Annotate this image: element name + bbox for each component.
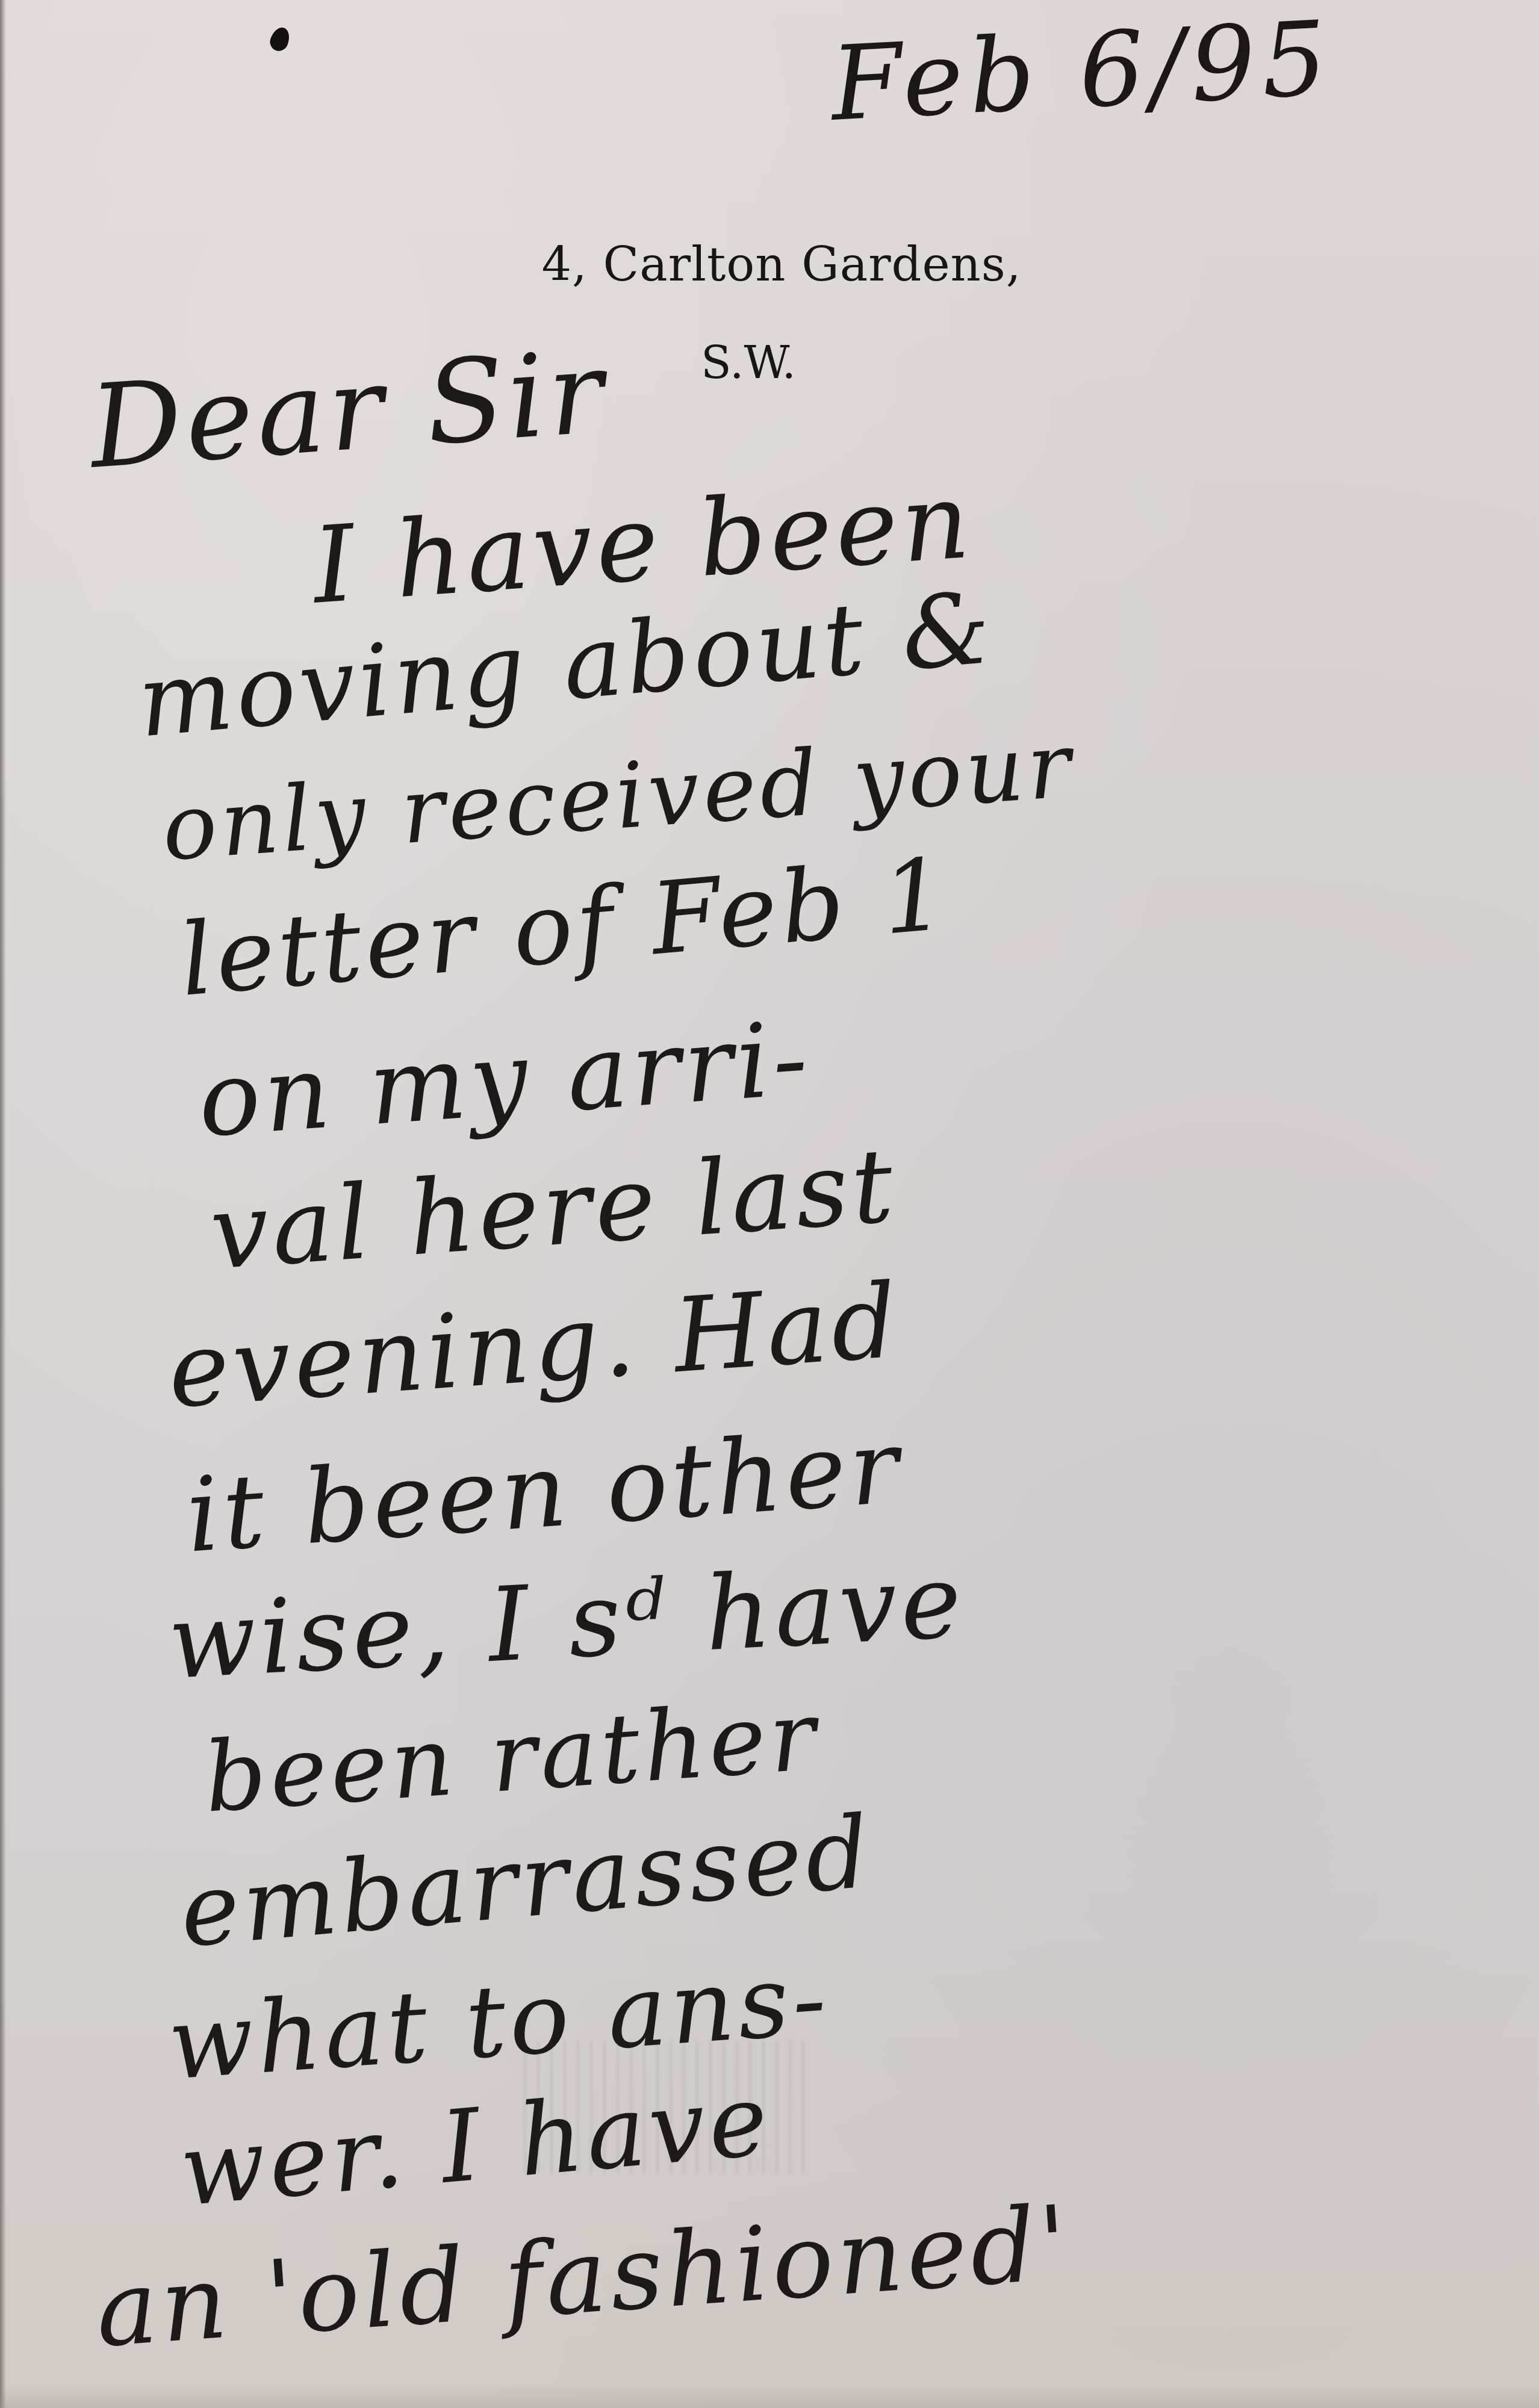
body-line: on my arri-	[194, 999, 815, 1161]
letterhead-address: 4, Carlton Gardens,	[12, 238, 1539, 292]
letter-page: Feb 6/95 4, Carlton Gardens, S.W. Dear S…	[0, 0, 1539, 2408]
faint-bleed-through-mark	[524, 2041, 807, 2173]
letter-date: Feb 6/95	[828, 0, 1335, 144]
page-bottom-edge-shadow	[0, 2384, 1539, 2408]
ink-blot	[267, 25, 293, 54]
